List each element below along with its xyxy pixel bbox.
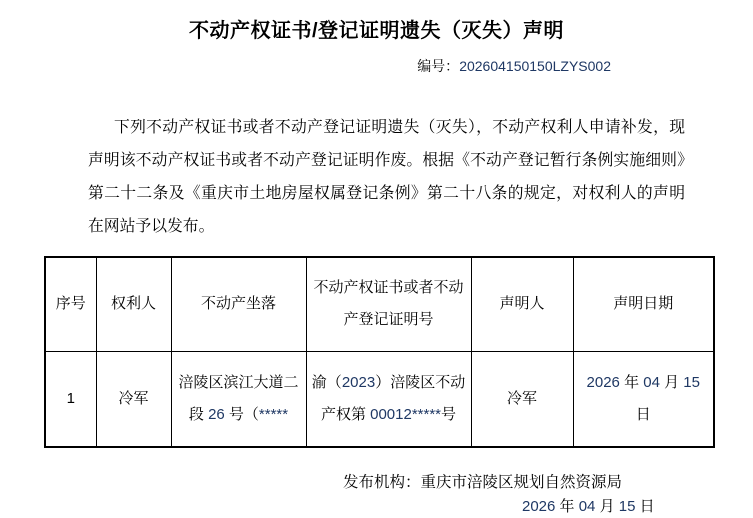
issuer-name: 重庆市涪陵区规划自然资源局: [421, 474, 623, 491]
doc-number-label: 编号：: [417, 58, 459, 74]
issuer-label: 发布机构：: [343, 474, 421, 491]
statement-paragraph: 下列不动产权证书或者不动产登记证明遗失（灭失），不动产权利人申请补发，现声明该不…: [88, 111, 685, 243]
announcement-page: 不动产权证书/登记证明遗失（灭失）声明 编号：202604150150LZYS0…: [0, 0, 753, 518]
doc-number: 编号：202604150150LZYS002: [0, 57, 753, 75]
table-row: 1 冷军 涪陵区滨江大道二段 26 号（***** 渝（2023）涪陵区不动产权…: [45, 351, 714, 447]
header-cell-declarant: 声明人: [471, 257, 573, 351]
cell-date: 2026 年 04 月 15 日: [573, 351, 714, 447]
cell-cert-no: 渝（2023）涪陵区不动产权第 00012*****号: [306, 351, 471, 447]
cell-seq: 1: [45, 351, 96, 447]
header-cell-holder: 权利人: [96, 257, 171, 351]
table-header-row: 序号 权利人 不动产坐落 不动产权证书或者不动产登记证明号 声明人 声明日期: [45, 257, 714, 351]
cell-holder: 冷军: [96, 351, 171, 447]
cell-location: 涪陵区滨江大道二段 26 号（*****: [171, 351, 306, 447]
loss-declaration-table: 序号 权利人 不动产坐落 不动产权证书或者不动产登记证明号 声明人 声明日期 1…: [44, 256, 715, 448]
issuer-line: 发布机构：重庆市涪陵区规划自然资源局: [343, 474, 753, 492]
issuer-date: 2026 年 04 月 15 日: [522, 498, 753, 516]
doc-number-value: 202604150150LZYS002: [459, 58, 611, 74]
header-cell-date: 声明日期: [573, 257, 714, 351]
page-title: 不动产权证书/登记证明遗失（灭失）声明: [0, 0, 753, 43]
header-cell-location: 不动产坐落: [171, 257, 306, 351]
header-cell-cert-no: 不动产权证书或者不动产登记证明号: [306, 257, 471, 351]
header-cell-seq: 序号: [45, 257, 96, 351]
cell-declarant: 冷军: [471, 351, 573, 447]
